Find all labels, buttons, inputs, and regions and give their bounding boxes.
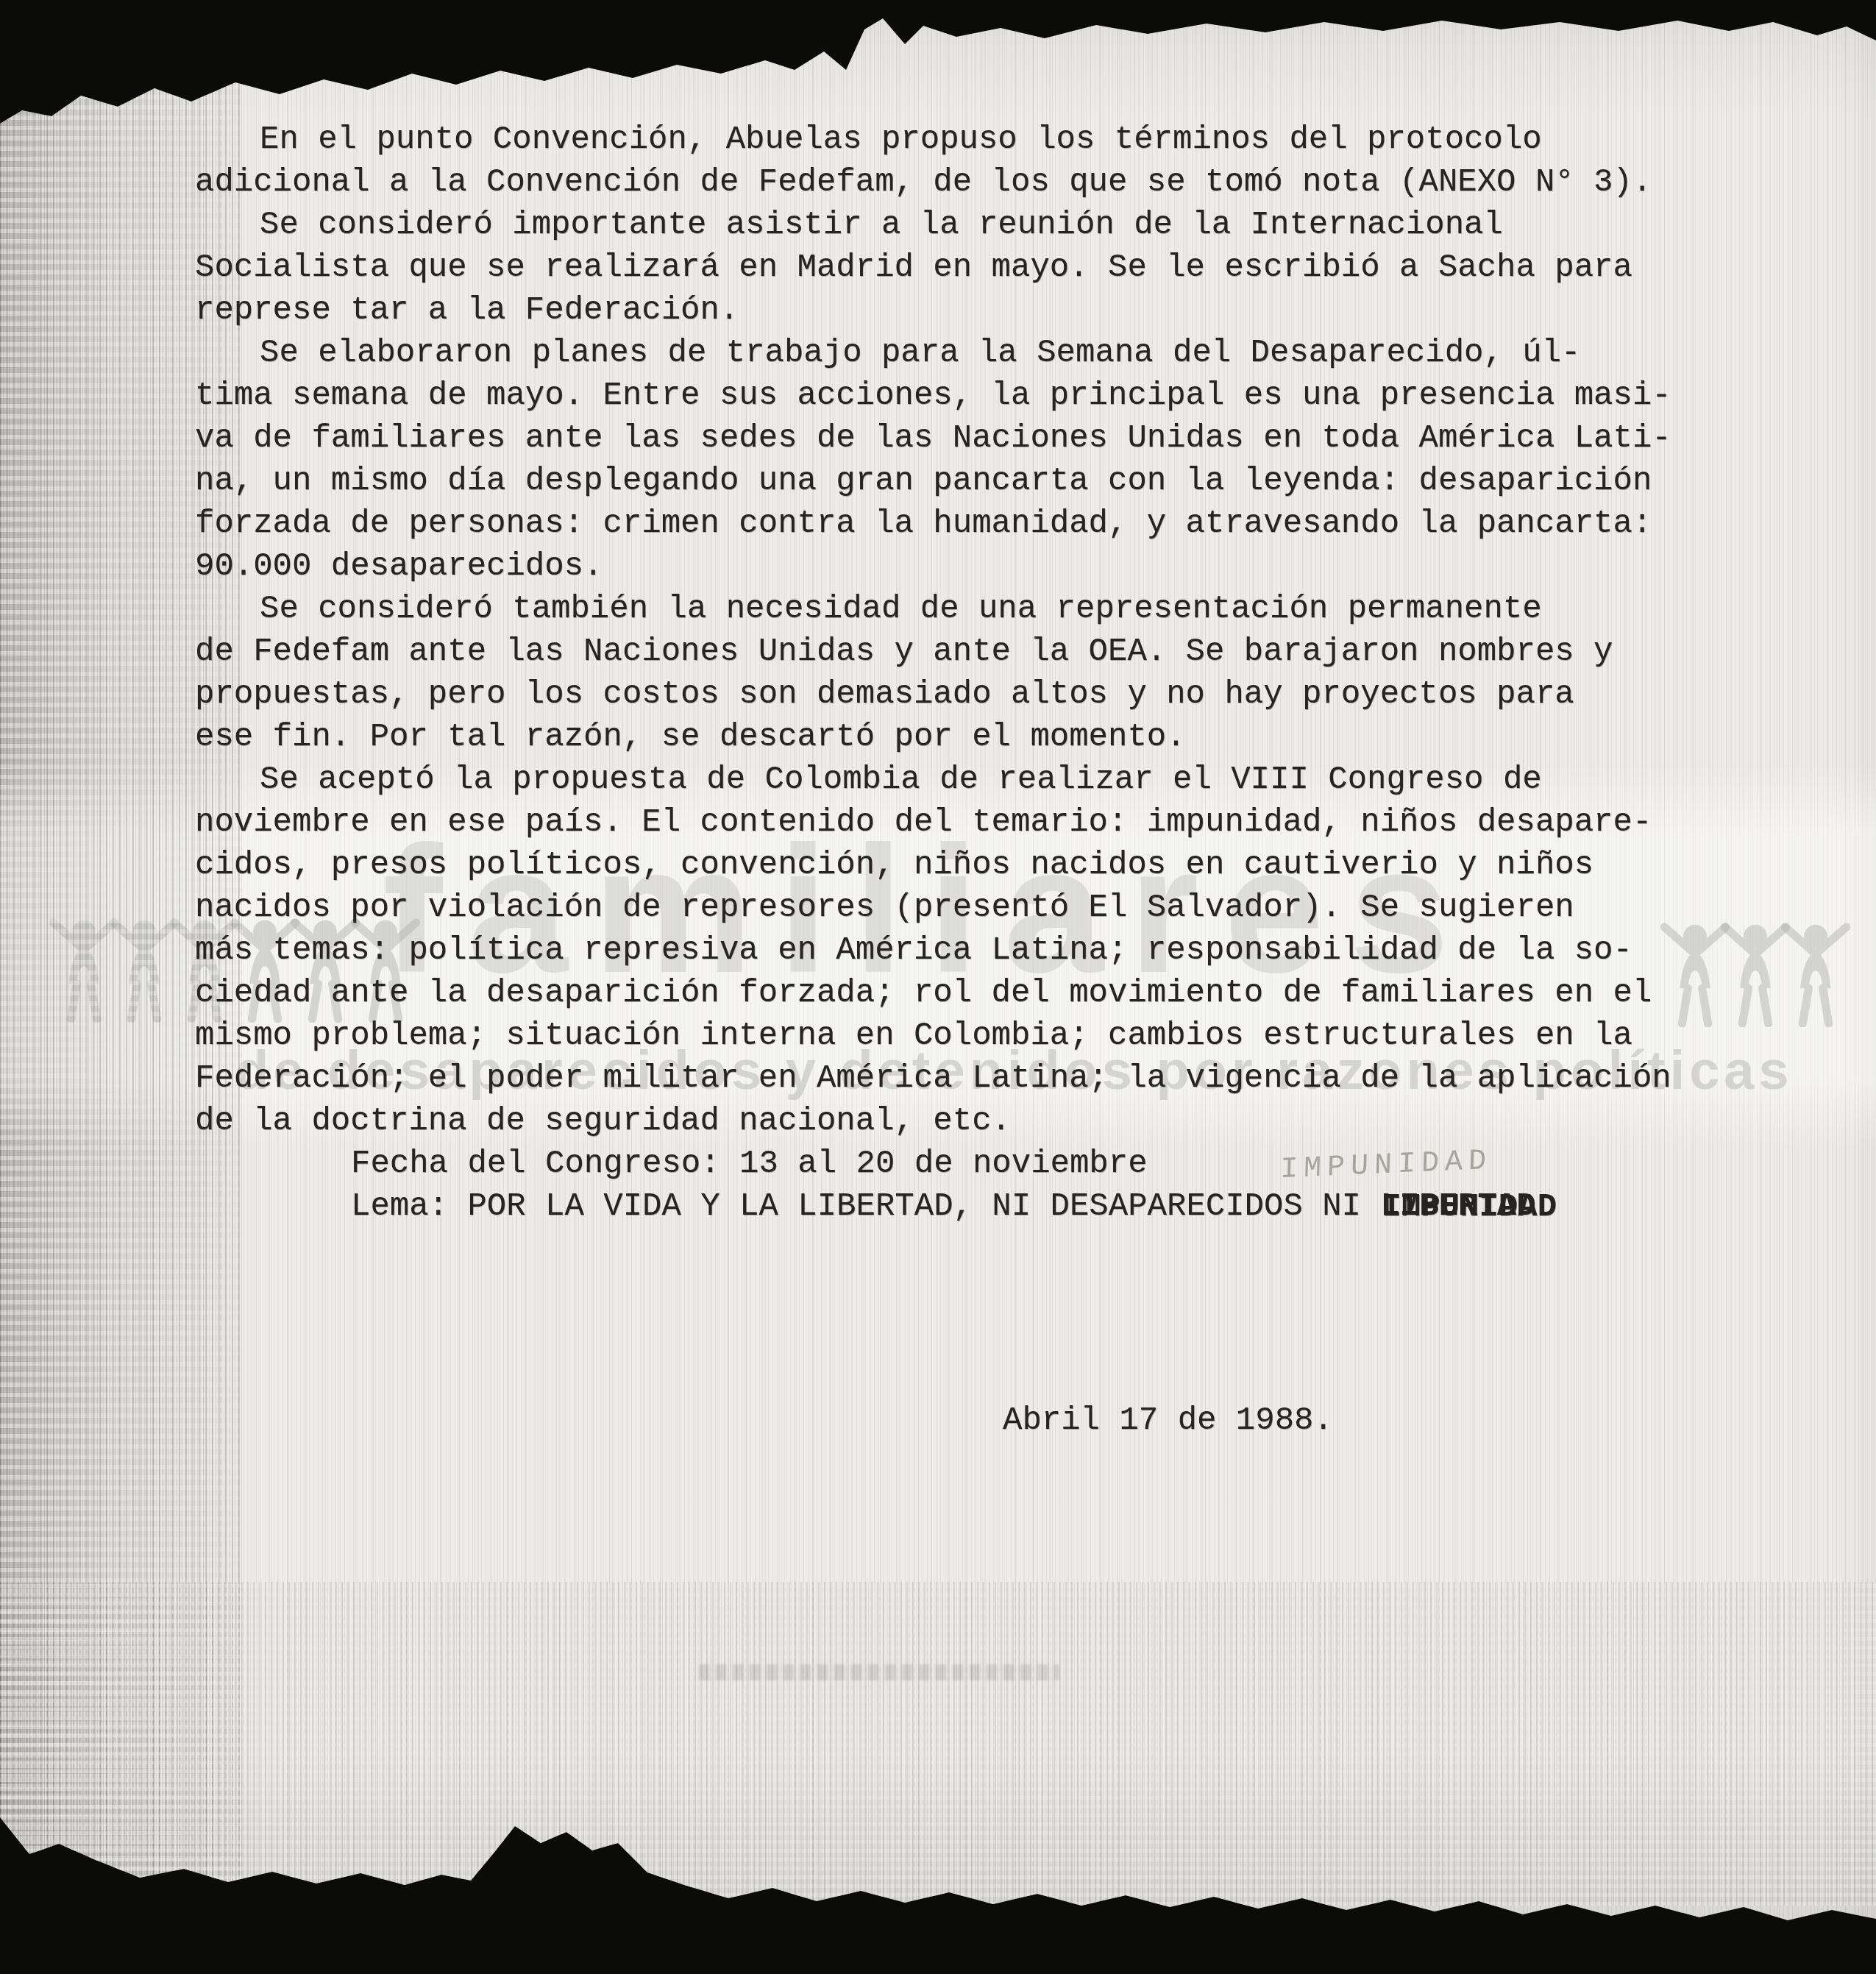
person-figure-icon — [1720, 921, 1791, 1027]
typed-line: ciedad ante la desaparición forzada; rol… — [195, 972, 1696, 1015]
typed-line: noviembre en ese país. El contenido del … — [195, 801, 1696, 844]
faint-illegible-text — [699, 1664, 1059, 1680]
typed-line: Se consideró importante asistir a la reu… — [195, 204, 1696, 246]
typed-line: de Fedefam ante las Naciones Unidas y an… — [195, 631, 1696, 673]
person-figure-icon — [1780, 921, 1851, 1027]
typed-line: Se elaboraron planes de trabajo para la … — [195, 332, 1696, 374]
typed-line: adicional a la Convención de Fedefam, de… — [195, 161, 1696, 204]
typed-line: va de familiares ante las sedes de las N… — [195, 417, 1696, 460]
person-figure-icon — [109, 917, 180, 1023]
typed-line: mismo problema; situación interna en Col… — [195, 1015, 1696, 1057]
overstruck-word: LIBERTADIMPUNIDAD — [1380, 1185, 1535, 1228]
typed-line: propuestas, pero los costos son demasiad… — [195, 673, 1696, 716]
paper-sheet-torn-edges: familiares de desaparecidos y detenidos … — [0, 0, 1876, 1974]
typed-line: 90.000 desaparecidos. — [195, 545, 1696, 588]
typed-line: na, un mismo día desplegando una gran pa… — [195, 460, 1696, 503]
person-figure-icon — [49, 917, 119, 1023]
typed-line: más temas: política represiva en América… — [195, 929, 1696, 972]
typed-line: Federación; el poder militar en América … — [195, 1057, 1696, 1100]
typed-line: cidos, presos políticos, convención, niñ… — [195, 844, 1696, 887]
typed-line: de la doctrina de seguridad nacional, et… — [195, 1100, 1696, 1143]
scanned-document-page: familiares de desaparecidos y detenidos … — [0, 0, 1876, 1974]
typed-line: En el punto Convención, Abuelas propuso … — [195, 118, 1696, 161]
typed-line: Se consideró también la necesidad de una… — [195, 588, 1696, 631]
typed-line: forzada de personas: crimen contra la hu… — [195, 503, 1696, 545]
typed-line: Lema: POR LA VIDA Y LA LIBERTAD, NI DESA… — [195, 1185, 1696, 1228]
scan-streaks-bottom — [0, 1582, 1876, 1906]
typed-line: represe tar a la Federación. — [195, 289, 1696, 332]
typed-line: Socialista que se realizará en Madrid en… — [195, 246, 1696, 289]
typed-line: tima semana de mayo. Entre sus acciones,… — [195, 374, 1696, 417]
date-line: Abril 17 de 1988. — [1003, 1402, 1333, 1439]
typed-line: Se aceptó la propuesta de Colombia de re… — [195, 759, 1696, 801]
typed-line: nacidos por violación de represores (pre… — [195, 887, 1696, 929]
typed-line: ese fin. Por tal razón, se descartó por … — [195, 716, 1696, 759]
typed-text-body: En el punto Convención, Abuelas propuso … — [195, 118, 1696, 1228]
